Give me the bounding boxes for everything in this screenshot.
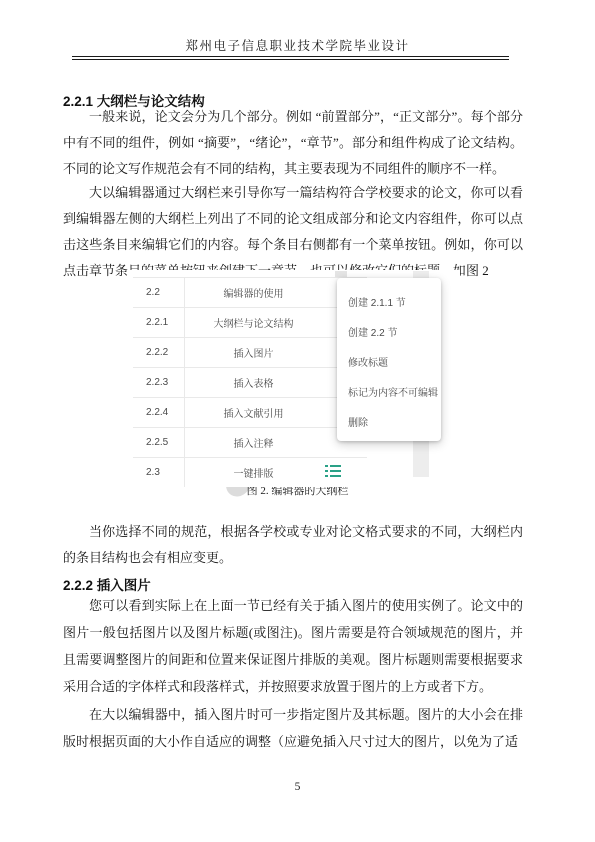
outline-row-number: 2.2.3 xyxy=(133,368,185,397)
page-number: 5 xyxy=(0,781,595,793)
outline-row: 2.2.3 插入表格 xyxy=(133,367,367,397)
outline-row-label: 插入文献引用 xyxy=(185,398,322,427)
paragraph: 在大以编辑器中，插入图片时可一步指定图片及其标题。图片的大小会在排版时根据页面的… xyxy=(63,701,523,755)
outline-row-number: 2.2.2 xyxy=(133,338,185,367)
list-icon xyxy=(325,465,341,480)
menu-item-create-section: 创建 2.2 节 xyxy=(348,319,441,349)
menu-item-mark-noneditable: 标记为内容不可编辑 xyxy=(348,379,441,409)
outline-row: 2.3 一键排版 xyxy=(133,457,367,487)
menu-item-delete: 删除 xyxy=(348,409,441,439)
outline-row: 2.2.2 插入图片 xyxy=(133,337,367,367)
context-menu: 创建 2.1.1 节 创建 2.2 节 修改标题 标记为内容不可编辑 删除 xyxy=(337,278,441,441)
paragraph: 当你选择不同的规范，根据各学校或专业对论文格式要求的不同，大纲栏内的条目结构也会… xyxy=(63,519,523,571)
outline-row-number: 2.2.1 xyxy=(133,308,185,337)
outline-row-label: 插入图片 xyxy=(185,338,322,367)
menu-item-rename: 修改标题 xyxy=(348,349,441,379)
outline-row: 2.2.4 插入文献引用 xyxy=(133,397,367,427)
outline-row: 2.2.1 大纲栏与论文结构 xyxy=(133,307,367,337)
page-header-title: 郑州电子信息职业技术学院毕业设计 xyxy=(0,36,595,54)
paragraph: 大以编辑器通过大纲栏来引导你写一篇结构符合学校要求的论文，你可以看到编辑器左侧的… xyxy=(63,180,523,284)
header-divider xyxy=(72,56,509,60)
document-page: 郑州电子信息职业技术学院毕业设计 2.2.1 大纲栏与论文结构 一般来说，论文会… xyxy=(0,0,595,842)
outline-row-number: 2.2.5 xyxy=(133,428,185,457)
outline-row-label: 大纲栏与论文结构 xyxy=(185,308,322,337)
menu-item-create-subsection: 创建 2.1.1 节 xyxy=(348,289,441,319)
paragraph: 一般来说，论文会分为几个部分。例如 “前置部分”，“正文部分”。每个部分中有不同… xyxy=(63,104,523,182)
paragraph: 您可以看到实际上在上面一节已经有关于插入图片的使用实例了。论文中的图片一般包括图… xyxy=(63,592,523,700)
figure-editor-outline-screenshot: 2.2 编辑器的使用 2.2.1 大纲栏与论文结构 2.2.2 插入图片 2.2… xyxy=(130,270,460,482)
outline-row-label: 一键排版 xyxy=(185,458,322,487)
outline-row: 2.2 编辑器的使用 xyxy=(133,277,367,307)
outline-row: 2.2.5 插入注释 xyxy=(133,427,367,457)
section-heading-222: 2.2.2 插入图片 xyxy=(63,574,523,594)
outline-row-label: 插入注释 xyxy=(185,428,322,457)
outline-row-label: 插入表格 xyxy=(185,368,322,397)
outline-row-number: 2.2 xyxy=(133,278,185,307)
outline-row-number: 2.2.4 xyxy=(133,398,185,427)
outline-row-number: 2.3 xyxy=(133,458,185,487)
outline-row-label: 编辑器的使用 xyxy=(185,278,322,307)
outline-panel: 2.2 编辑器的使用 2.2.1 大纲栏与论文结构 2.2.2 插入图片 2.2… xyxy=(133,277,367,487)
